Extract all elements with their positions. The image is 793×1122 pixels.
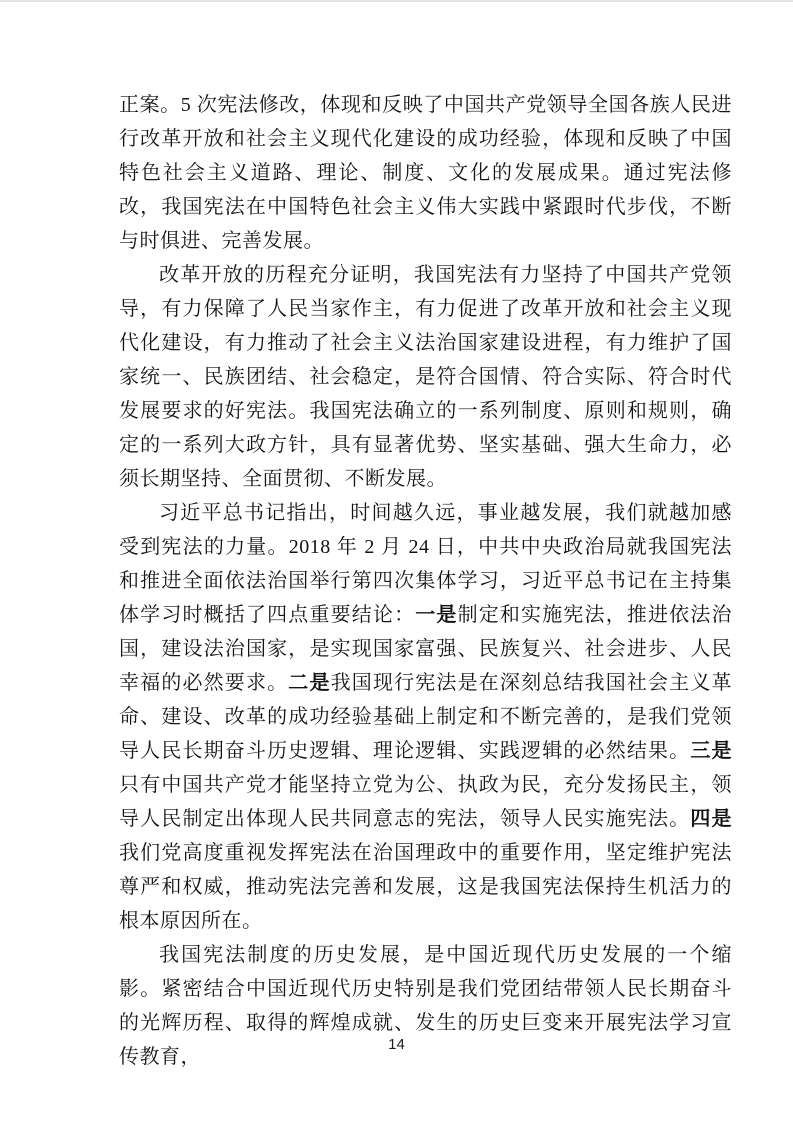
paragraph-3: 习近平总书记指出，时间越久远，事业越发展，我们就越加感受到宪法的力量。2018 …	[119, 496, 732, 938]
emphasis-text: 三是	[690, 740, 732, 762]
emphasis-text: 二是	[288, 672, 330, 694]
emphasis-text: 一是	[415, 604, 457, 626]
paragraph-1: 正案。5 次宪法修改，体现和反映了中国共产党领导全国各族人民进行改革开放和社会主…	[119, 88, 732, 258]
scan-edge-artifact	[0, 0, 793, 2]
emphasis-text: 四是	[690, 808, 732, 830]
body-text: 我们党高度重视发挥宪法在治国理政中的重要作用，坚定维护宪法尊严和权威，推动宪法完…	[119, 842, 732, 932]
body-text: 改革开放的历程充分证明，我国宪法有力坚持了中国共产党领导，有力保障了人民当家作主…	[119, 264, 732, 490]
document-page: 正案。5 次宪法修改，体现和反映了中国共产党领导全国各族人民进行改革开放和社会主…	[0, 0, 793, 1122]
paragraph-4: 我国宪法制度的历史发展，是中国近现代历史发展的一个缩影。紧密结合中国近现代历史特…	[119, 938, 732, 1074]
paragraph-2: 改革开放的历程充分证明，我国宪法有力坚持了中国共产党领导，有力保障了人民当家作主…	[119, 258, 732, 496]
document-body: 正案。5 次宪法修改，体现和反映了中国共产党领导全国各族人民进行改革开放和社会主…	[119, 88, 732, 1074]
body-text: 只有中国共产党才能坚持立党为公、执政为民，充分发扬民主，领导人民制定出体现人民共…	[119, 774, 732, 830]
page-number: 14	[0, 1036, 793, 1053]
body-text: 正案。5 次宪法修改，体现和反映了中国共产党领导全国各族人民进行改革开放和社会主…	[119, 94, 732, 252]
